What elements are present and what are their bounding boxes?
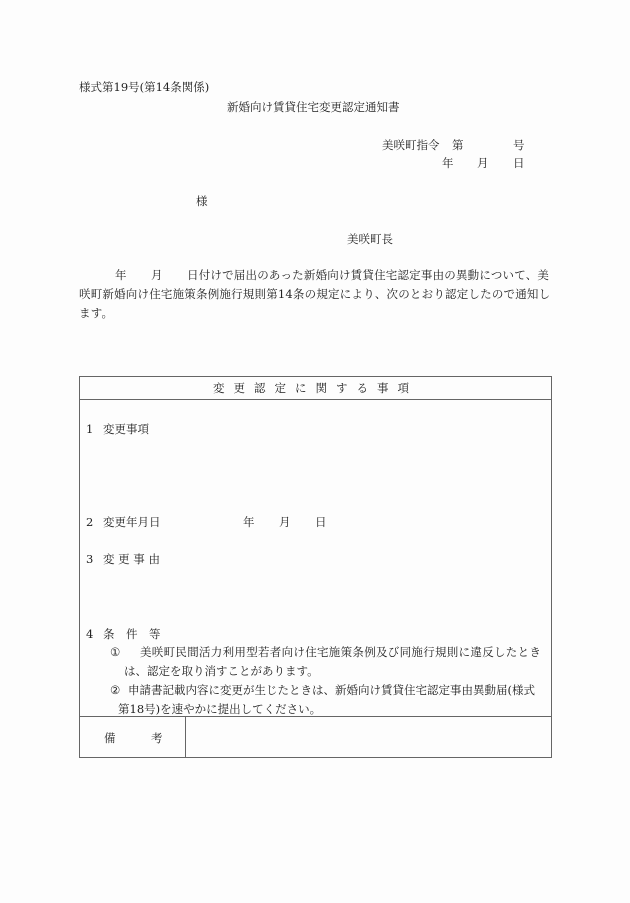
item-label: 変更年月日: [103, 514, 243, 530]
body-year: 年: [115, 266, 151, 285]
condition-1-line-1: ①美咲町民間活力利用型若者向け住宅施策条例及び同施行規則に違反したとき: [110, 644, 541, 660]
issue-year: 年: [442, 155, 477, 171]
reference-dai: 第: [452, 137, 513, 153]
change-details-table: 変更認定に関する事項 1変更事項 2変更年月日年月日 3変 更 事 由 4条 件…: [79, 376, 552, 758]
table-heading: 変更認定に関する事項: [80, 377, 551, 400]
body-month: 月: [151, 266, 187, 285]
issue-day: 日: [513, 156, 525, 170]
document-title: 新婚向け賃貸住宅変更認定通知書: [227, 99, 400, 115]
item-change-matters: 1変更事項: [86, 421, 149, 437]
issuer-name: 美咲町長: [347, 231, 393, 247]
item-label: 変 更 事 由: [103, 552, 160, 566]
remarks-field[interactable]: [186, 717, 551, 758]
condition-1-line-2: は、認定を取り消すことがあります。: [124, 663, 319, 679]
reference-go: 号: [513, 137, 525, 153]
issue-month: 月: [477, 155, 513, 171]
reference-prefix: 美咲町指令: [382, 137, 452, 153]
item-label: 条 件 等: [103, 627, 161, 641]
remarks-label: 備 考: [80, 717, 186, 758]
issue-date: 年月日: [442, 155, 525, 171]
item-conditions: 4条 件 等: [86, 626, 161, 642]
condition-2-line-1: ②申請書記載内容に変更が生じたときは、新婚向け賃貸住宅認定事由異動届(様式: [110, 682, 535, 698]
item-change-date: 2変更年月日年月日: [86, 514, 327, 530]
notice-body: 年月日付けで届出のあった新婚向け賃貸住宅認定事由の異動について、美咲町新婚向け住…: [79, 266, 552, 323]
item-label: 変更事項: [103, 422, 149, 436]
condition-2-line-2: 第18号)を速やかに提出してください。: [118, 701, 321, 717]
item-change-reason: 3変 更 事 由: [86, 551, 160, 567]
remarks-row: 備 考: [80, 716, 551, 758]
addressee-honorific: 様: [196, 193, 208, 209]
change-day: 日: [315, 515, 327, 529]
change-year: 年: [243, 514, 279, 530]
change-month: 月: [279, 514, 315, 530]
reference-number: 美咲町指令第号: [382, 137, 525, 153]
form-number: 様式第19号(第14条関係): [79, 79, 209, 95]
